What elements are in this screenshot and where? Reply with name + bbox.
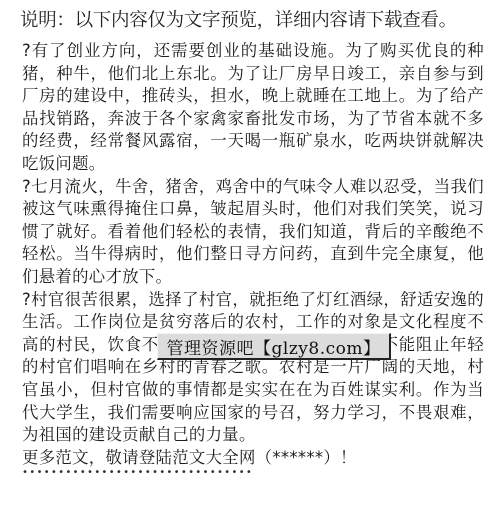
article-body: ?有了创业方向，还需要创业的基础设施。为了购买优良的种猪，种牛，他们北上东北。为… xyxy=(22,40,484,469)
article-paragraph: ?有了创业方向，还需要创业的基础设施。为了购买优良的种猪，种牛，他们北上东北。为… xyxy=(22,40,484,176)
watermark-banner: 管理资源吧【glzy8.com】 xyxy=(157,333,391,360)
preview-notice: 说明：以下内容仅为文字预览，详细内容请下载查看。 xyxy=(20,9,500,33)
more-essays-link[interactable]: 更多范文，敬请登陆范文大全网（******）！ xyxy=(22,447,484,470)
article-paragraph: ?村官很苦很累，选择了村官，就拒绝了灯红酒绿，舒适安逸的生活。工作岗位是贫穷落后… xyxy=(22,289,484,447)
article-paragraph: ?七月流火，牛舍，猪舍，鸡舍中的气味令人难以忍受，当我们被这气味熏得掩住口鼻，皱… xyxy=(22,176,484,289)
dotted-separator: •••••••••••••••••••••••••••••••• xyxy=(22,467,253,478)
